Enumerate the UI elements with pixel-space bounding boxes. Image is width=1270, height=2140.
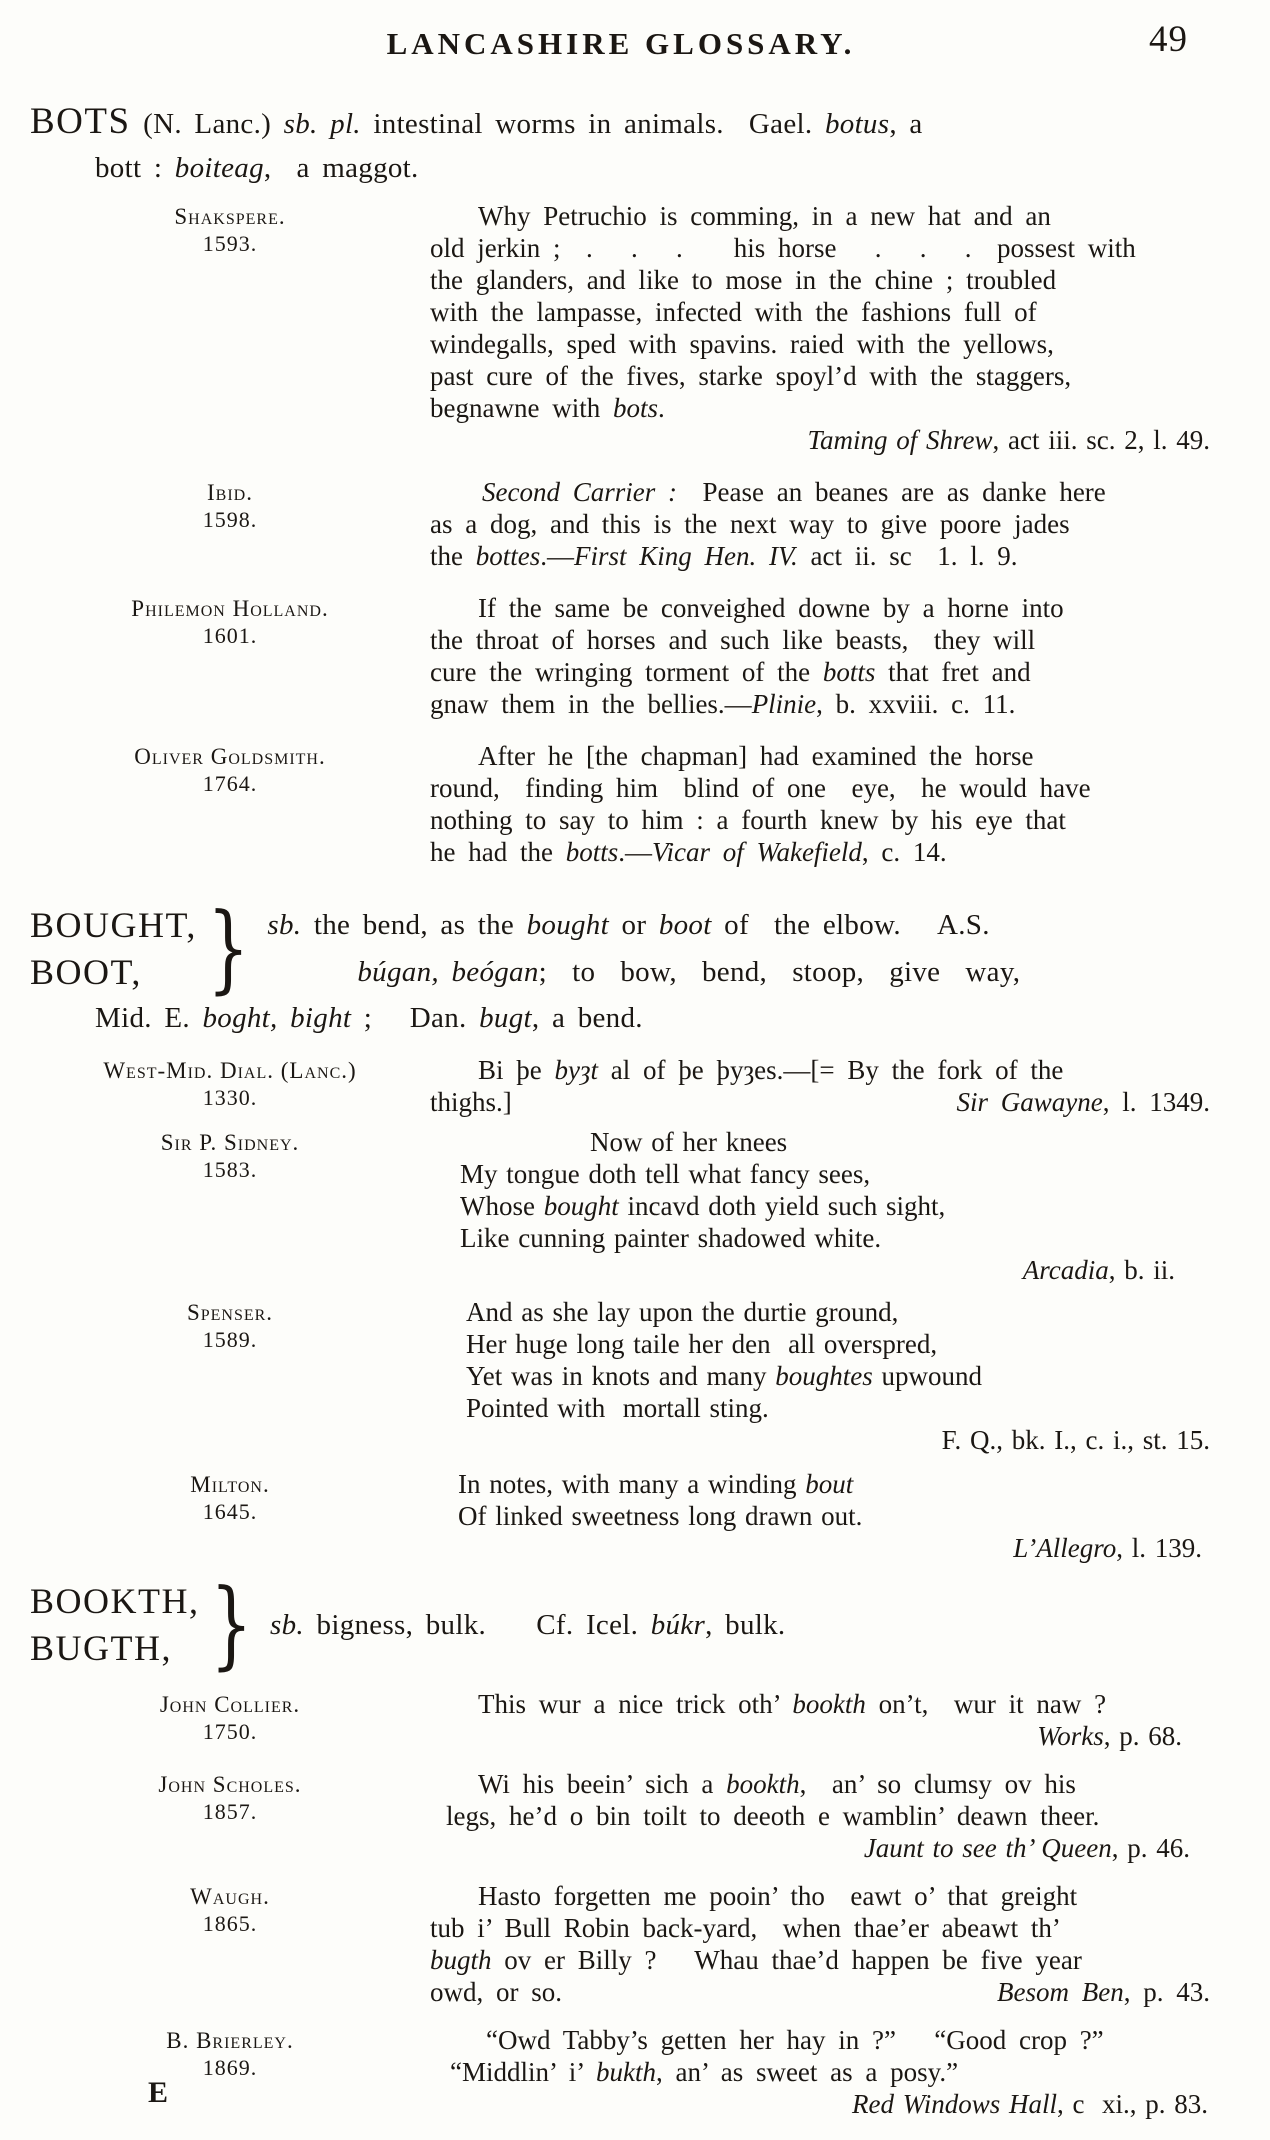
citation-year: 1583. (30, 1157, 430, 1183)
citation: Shakspere.1593.Why Petruchio is comming,… (30, 200, 1230, 456)
quote-line: as a dog, and this is the next way to gi… (430, 508, 1230, 540)
headword: BOOKTH, (30, 1578, 200, 1625)
quote-line: Why Petruchio is comming, in a new hat a… (478, 200, 1230, 232)
quote-line: cure the wringing torment of the botts t… (430, 656, 1230, 688)
citation-year: 1601. (30, 623, 430, 649)
quote-line: After he [the chapman] had examined the … (478, 740, 1230, 772)
headword-row: BOOKTH,BUGTH,}sb. bigness, bulk. Cf. Ice… (30, 1578, 1230, 1672)
quote-line: nothing to say to him : a fourth knew by… (430, 804, 1230, 836)
citation-author: Waugh. (30, 1883, 430, 1910)
citation: Waugh.1865.Hasto forgetten me pooin’ tho… (30, 1880, 1230, 2008)
entry-definition-line: bott : boiteag, a maggot. (95, 146, 1230, 190)
signature-mark: E (148, 2076, 169, 2109)
citation-quote: After he [the chapman] had examined the … (430, 740, 1230, 868)
quote-line: with the lampasse, infected with the fas… (430, 296, 1230, 328)
quote-line: Yet was in knots and many boughtes upwou… (466, 1360, 1230, 1392)
quote-line: Of linked sweetness long drawn out. (458, 1500, 1230, 1532)
citation-quote: If the same be conveighed downe by a hor… (430, 592, 1230, 720)
brace-glyph: } (207, 900, 249, 998)
source-reference: L’Allegro, l. 139. (430, 1532, 1230, 1564)
quote-line: tub i’ Bull Robin back-yard, when thae’e… (430, 1912, 1230, 1944)
source-reference: Sir Gawayne, l. 1349. (957, 1086, 1211, 1118)
quote-line: the glanders, and like to mose in the ch… (430, 264, 1230, 296)
definition-column: sb. bigness, bulk. Cf. Icel. búkr, bulk. (270, 1602, 1230, 1649)
headword-row: BOUGHT,BOOT,}sb. the bend, as the bought… (30, 902, 1230, 996)
citation-author: Sir P. Sidney. (30, 1129, 430, 1156)
definition-column: sb. the bend, as the bought or boot of t… (267, 902, 1230, 996)
quote-line: gnaw them in the bellies.—Plinie, b. xxv… (430, 688, 1230, 720)
citation-year: 1645. (30, 1499, 430, 1525)
headword: BUGTH, (30, 1625, 200, 1672)
quote-line-text: thighs.] (430, 1086, 512, 1118)
citation: B. Brierley.1869.“Owd Tabby’s getten her… (30, 2024, 1230, 2120)
citation-quote: Now of her kneesMy tongue doth tell what… (430, 1126, 1230, 1286)
citation-quote: “Owd Tabby’s getten her hay in ?” “Good … (430, 2024, 1230, 2120)
source-reference: Jaunt to see th’ Queen, p. 46. (430, 1832, 1230, 1864)
citation: West-Mid. Dial. (Lanc.)1330.Bi þe byȝt a… (30, 1054, 1230, 1118)
quote-line: Second Carrier : Pease an beanes are as … (482, 476, 1230, 508)
citation: Sir P. Sidney.1583.Now of her kneesMy to… (30, 1126, 1230, 1286)
citation-author: B. Brierley. (30, 2027, 430, 2054)
quote-line: begnawne with bots. (430, 392, 1230, 424)
citation-author: Ibid. (30, 479, 430, 506)
quote-line: And as she lay upon the durtie ground, (466, 1296, 1230, 1328)
citation-attribution: Waugh.1865. (30, 1880, 430, 2008)
citation-year: 1593. (30, 231, 430, 257)
citation-attribution: Oliver Goldsmith.1764. (30, 740, 430, 868)
quote-line: If the same be conveighed downe by a hor… (478, 592, 1230, 624)
source-reference: Besom Ben, p. 43. (997, 1976, 1210, 2008)
quote-line: Like cunning painter shadowed white. (460, 1222, 1230, 1254)
citation-year: 1589. (30, 1327, 430, 1353)
citation-author: John Scholes. (30, 1771, 430, 1798)
quote-line: thighs.]Sir Gawayne, l. 1349. (430, 1086, 1230, 1118)
quote-line: Bi þe byȝt al of þe þyȝes.—[= By the for… (478, 1054, 1230, 1086)
running-title: LANCASHIRE GLOSSARY. (0, 26, 1256, 62)
quote-line: Now of her knees (590, 1126, 1230, 1158)
citation-year: 1857. (30, 1799, 430, 1825)
citation-attribution: B. Brierley.1869. (30, 2024, 430, 2120)
quote-line: “Middlin’ i’ bukth, an’ as sweet as a po… (450, 2056, 1230, 2088)
citation-author: Oliver Goldsmith. (30, 743, 430, 770)
citation-year: 1750. (30, 1719, 430, 1745)
quote-line: he had the botts.—Vicar of Wakefield, c.… (430, 836, 1230, 868)
headword-column: BOUGHT,BOOT, (30, 902, 197, 996)
book-page: LANCASHIRE GLOSSARY. 49 BOTS (N. Lanc.) … (0, 0, 1270, 2140)
quote-line-text: owd, or so. (430, 1976, 562, 2008)
quote-line: windegalls, sped with spavins. raied wit… (430, 328, 1230, 360)
headword: BOOT, (30, 949, 197, 996)
citation: Milton.1645.In notes, with many a windin… (30, 1468, 1230, 1564)
entry-definition-line: búgan, beógan; to bow, bend, stoop, give… (357, 949, 1230, 996)
quote-line: the throat of horses and such like beast… (430, 624, 1230, 656)
citation: Spenser.1589.And as she lay upon the dur… (30, 1296, 1230, 1456)
quote-line: round, finding him blind of one eye, he … (430, 772, 1230, 804)
quote-line: past cure of the fives, starke spoyl’d w… (430, 360, 1230, 392)
citation: John Scholes.1857.Wi his beein’ sich a b… (30, 1768, 1230, 1864)
citation-quote: Hasto forgetten me pooin’ tho eawt o’ th… (430, 1880, 1230, 2008)
citation-author: Milton. (30, 1471, 430, 1498)
citation-year: 1865. (30, 1911, 430, 1937)
source-reference: Works, p. 68. (430, 1720, 1230, 1752)
quote-line: My tongue doth tell what fancy sees, (460, 1158, 1230, 1190)
entry-definition-line: BOTS (N. Lanc.) sb. pl. intestinal worms… (30, 100, 1230, 146)
source-reference: F. Q., bk. I., c. i., st. 15. (430, 1424, 1230, 1456)
headword: BOUGHT, (30, 902, 197, 949)
quote-line: Whose bought incavd doth yield such sigh… (460, 1190, 1230, 1222)
quote-line: “Owd Tabby’s getten her hay in ?” “Good … (486, 2024, 1230, 2056)
citation-quote: Second Carrier : Pease an beanes are as … (430, 476, 1230, 572)
citation-quote: In notes, with many a winding boutOf lin… (430, 1468, 1230, 1564)
entry-definition-line: Mid. E. boght, bight ; Dan. bugt, a bend… (95, 996, 1230, 1040)
entry-definition-line: sb. bigness, bulk. Cf. Icel. búkr, bulk. (270, 1602, 1230, 1649)
entry-definition-line: sb. the bend, as the bought or boot of t… (267, 902, 1230, 949)
headword-column: BOOKTH,BUGTH, (30, 1578, 200, 1672)
citation-author: Spenser. (30, 1299, 430, 1326)
glossary-entry: BOOKTH,BUGTH,}sb. bigness, bulk. Cf. Ice… (30, 1578, 1230, 2120)
source-reference: Taming of Shrew, act iii. sc. 2, l. 49. (430, 424, 1230, 456)
citation-year: 1330. (30, 1085, 430, 1111)
citation-author: John Collier. (30, 1691, 430, 1718)
page-footer: E (148, 2076, 169, 2110)
citation-quote: Why Petruchio is comming, in a new hat a… (430, 200, 1230, 456)
citation-quote: Bi þe byȝt al of þe þyȝes.—[= By the for… (430, 1054, 1230, 1118)
citation-quote: This wur a nice trick oth’ bookth on’t, … (430, 1688, 1230, 1752)
citation-author: Shakspere. (30, 203, 430, 230)
citation: John Collier.1750.This wur a nice trick … (30, 1688, 1230, 1752)
citation-attribution: Milton.1645. (30, 1468, 430, 1564)
citation-author: West-Mid. Dial. (Lanc.) (30, 1057, 430, 1084)
source-reference: Red Windows Hall, c xi., p. 83. (430, 2088, 1230, 2120)
citation-year: 1869. (30, 2055, 430, 2081)
quote-line: Hasto forgetten me pooin’ tho eawt o’ th… (478, 1880, 1230, 1912)
glossary-entry: BOUGHT,BOOT,}sb. the bend, as the bought… (30, 902, 1230, 1564)
page-number: 49 (1149, 18, 1188, 61)
citation: Oliver Goldsmith.1764.After he [the chap… (30, 740, 1230, 868)
citation-attribution: John Collier.1750. (30, 1688, 430, 1752)
quote-line: Her huge long taile her den all overspre… (466, 1328, 1230, 1360)
citation-attribution: Philemon Holland.1601. (30, 592, 430, 720)
quote-line: the bottes.—First King Hen. IV. act ii. … (430, 540, 1230, 572)
quote-line: old jerkin ; . . . his horse . . . posse… (430, 232, 1230, 264)
brace-glyph: } (210, 1576, 252, 1674)
glossary-entry: BOTS (N. Lanc.) sb. pl. intestinal worms… (30, 100, 1230, 868)
citation-attribution: Spenser.1589. (30, 1296, 430, 1456)
citation-year: 1764. (30, 771, 430, 797)
citation-quote: Wi his beein’ sich a bookth, an’ so clum… (430, 1768, 1230, 1864)
headword: BOTS (30, 101, 131, 142)
page-header: LANCASHIRE GLOSSARY. 49 (0, 0, 1270, 70)
citation: Philemon Holland.1601.If the same be con… (30, 592, 1230, 720)
quote-line: Pointed with mortall sting. (466, 1392, 1230, 1424)
citation-attribution: Shakspere.1593. (30, 200, 430, 456)
citation-attribution: Ibid.1598. (30, 476, 430, 572)
source-reference: Arcadia, b. ii. (430, 1254, 1230, 1286)
citation: Ibid.1598.Second Carrier : Pease an bean… (30, 476, 1230, 572)
citation-year: 1598. (30, 507, 430, 533)
quote-line: In notes, with many a winding bout (458, 1468, 1230, 1500)
quote-line: Wi his beein’ sich a bookth, an’ so clum… (478, 1768, 1230, 1800)
citation-attribution: West-Mid. Dial. (Lanc.)1330. (30, 1054, 430, 1118)
citation-author: Philemon Holland. (30, 595, 430, 622)
citation-attribution: John Scholes.1857. (30, 1768, 430, 1864)
quote-line: This wur a nice trick oth’ bookth on’t, … (478, 1688, 1230, 1720)
citation-quote: And as she lay upon the durtie ground,He… (430, 1296, 1230, 1456)
quote-line: owd, or so.Besom Ben, p. 43. (430, 1976, 1230, 2008)
quote-line: legs, he’d o bin toilt to deeoth e wambl… (446, 1800, 1230, 1832)
glossary-entries: BOTS (N. Lanc.) sb. pl. intestinal worms… (0, 100, 1270, 2120)
quote-line: bugth ov er Billy ? Whau thae’d happen b… (430, 1944, 1230, 1976)
citation-attribution: Sir P. Sidney.1583. (30, 1126, 430, 1286)
